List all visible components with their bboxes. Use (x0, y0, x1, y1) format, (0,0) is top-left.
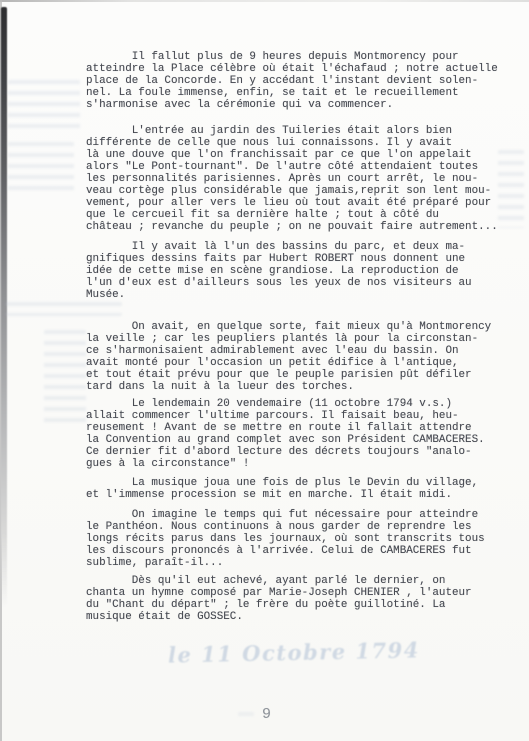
text-line: sublime, paraît-il... (86, 557, 516, 569)
text-line: Il fallut plus de 9 heures depuis Montmo… (86, 51, 516, 63)
text-line: reusement ! Avant de se mettre en route … (86, 422, 516, 434)
text-line: et l'immense procession se mit en marche… (86, 489, 516, 501)
text-line: Ce dernier fit d'abord lecture des décre… (86, 446, 516, 458)
bleedthrough-smudge (8, 142, 74, 192)
scan-edge-top (0, 0, 529, 2)
paragraph: Dès qu'il eut achevé, ayant parlé le der… (86, 575, 516, 623)
text-line: ce s'harmonisaient admirablement avec l'… (86, 345, 516, 357)
text-line: On imagine le temps qui fut nécessaire p… (86, 509, 516, 521)
text-line: différente de celle que nous lui connais… (86, 137, 516, 149)
text-line: nel. La foule immense, enfin, se tait et… (86, 87, 516, 99)
text-line: tard dans la nuit à la lueur des torches… (86, 381, 516, 393)
paragraph: Il y avait là l'un des bassins du parc, … (86, 241, 516, 301)
text-line: les discours prononcés à l'arrivée. Celu… (86, 545, 516, 557)
text-line: Il y avait là l'un des bassins du parc, … (86, 241, 516, 253)
text-line: les personnalités parisiennes. Après un … (86, 173, 516, 185)
text-line: la Convention au grand complet avec son … (86, 434, 516, 446)
text-line: atteindre la Place célèbre où était l'éc… (86, 63, 516, 75)
date-watermark: le 11 Octobre 1794 (168, 637, 420, 667)
text-line: l'un d'eux est d'ailleurs sous les yeux … (86, 277, 516, 289)
paragraph: Il fallut plus de 9 heures depuis Montmo… (86, 51, 516, 111)
text-line: chanta un hymne composé par Marie-Joseph… (86, 587, 516, 599)
text-line: avait monté pour l'occasion un petit édi… (86, 357, 516, 369)
text-line: la veille ; car les peupliers plantés là… (86, 333, 516, 345)
text-line: idée de cette mise en scène grandiose. L… (86, 265, 516, 277)
paragraph: La musique joua une fois de plus le Devi… (86, 477, 516, 501)
text-line: que le cercueil fit sa dernière halte ; … (86, 209, 516, 221)
bleedthrough-smudge (238, 712, 254, 722)
text-line: gues à la circonstance" ! (86, 458, 516, 470)
bleedthrough-smudge (44, 330, 86, 426)
paragraph: On avait, en quelque sorte, fait mieux q… (86, 321, 516, 393)
paragraph: Le lendemain 20 vendemaire (11 octobre 1… (86, 398, 516, 470)
text-line: musique était de GOSSEC. (86, 611, 516, 623)
text-line: Dès qu'il eut achevé, ayant parlé le der… (86, 575, 516, 587)
page-number: 9 (262, 706, 271, 723)
paragraph: L'entrée au jardin des Tuileries était a… (86, 125, 516, 233)
text-line: allait commencer l'ultime parcours. Il f… (86, 410, 516, 422)
paragraph: On imagine le temps qui fut nécessaire p… (86, 509, 516, 569)
text-line: du "Chant du départ" ; le frère du poète… (86, 599, 516, 611)
text-line: le Panthéon. Nous continuons à nous gard… (86, 521, 516, 533)
text-block: Il fallut plus de 9 heures depuis Montmo… (86, 51, 516, 623)
text-line: place de la Concorde. En y accédant l'in… (86, 75, 516, 87)
scanned-page: Il fallut plus de 9 heures depuis Montmo… (0, 0, 529, 741)
text-line: gnifiques dessins faits par Hubert ROBER… (86, 253, 516, 265)
text-line: La musique joua une fois de plus le Devi… (86, 477, 516, 489)
bleedthrough-smudge (8, 80, 80, 132)
text-line: vement, pour aller vers le lieu où tout … (86, 197, 516, 209)
text-line: veau cortège plus considérable que jamai… (86, 185, 516, 197)
text-line: Musée. (86, 289, 516, 301)
text-line: On avait, en quelque sorte, fait mieux q… (86, 321, 516, 333)
text-line: et tout était prévu pour que le peuple p… (86, 369, 516, 381)
text-line: alors "Le Pont-tournant". De l'autre côt… (86, 161, 516, 173)
text-line: longs récits parus dans les journaux, où… (86, 533, 516, 545)
text-line: là une douve que l'on franchissait par c… (86, 149, 516, 161)
text-line: château ; revanche du peuple ; on ne pou… (86, 221, 516, 233)
text-line: L'entrée au jardin des Tuileries était a… (86, 125, 516, 137)
text-line: Le lendemain 20 vendemaire (11 octobre 1… (86, 398, 516, 410)
text-line: s'harmonise avec la cérémonie qui va com… (86, 99, 516, 111)
